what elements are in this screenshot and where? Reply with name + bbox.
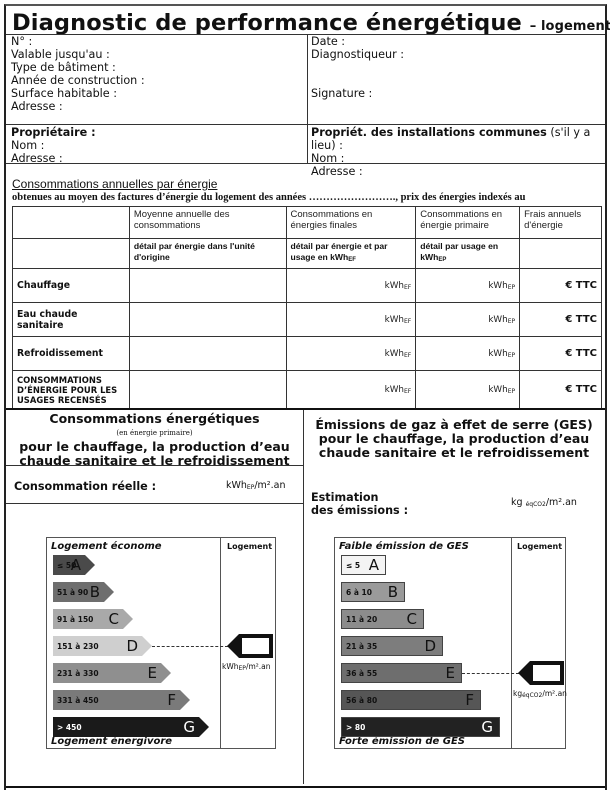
cell-ep[interactable]: kWhEP: [416, 269, 520, 303]
class-letter: D: [424, 637, 436, 655]
owner-rule: [6, 124, 605, 125]
consumption-table: Moyenne annuelle des consommations Conso…: [12, 206, 602, 409]
owner-nom[interactable]: Nom :: [11, 139, 96, 152]
energy-class-b: 51 à 90B: [53, 582, 114, 602]
ges-metric-label: Estimation des émissions :: [311, 491, 408, 517]
cell-moyenne[interactable]: [129, 337, 286, 371]
unit-ef: kWh: [385, 385, 404, 395]
row-label: CONSOMMATIONS D’ÉNERGIE POUR LES USAGES …: [13, 371, 130, 409]
ges-scale-top: Faible émission de GES: [339, 541, 469, 552]
unit-ef: kWh: [385, 281, 404, 291]
unit-ef-sub: EF: [404, 284, 411, 291]
energy-scale-col-sep: [220, 538, 221, 748]
owner-block: Propriétaire : Nom : Adresse :: [11, 126, 96, 165]
energy-label-scale: Logement économe Logement Logement énerg…: [46, 537, 276, 749]
cell-cost[interactable]: € TTC: [520, 337, 602, 371]
class-letter: A: [71, 556, 81, 574]
class-letter: E: [446, 664, 455, 682]
class-letter: F: [167, 691, 176, 709]
table-row-total: CONSOMMATIONS D’ÉNERGIE POUR LES USAGES …: [13, 371, 602, 409]
ges-metric-label-1: Estimation: [311, 491, 408, 504]
subheader-primaire: détail par usage en kWhEP: [416, 239, 520, 269]
ges-class-f: 56 à 80F: [341, 690, 481, 710]
field-surface[interactable]: Surface habitable :: [11, 87, 145, 100]
class-letter: G: [481, 718, 493, 736]
class-range: 51 à 90: [53, 588, 88, 597]
ges-class-e: 36 à 55E: [341, 663, 462, 683]
unit-ef-sub: EF: [404, 318, 411, 325]
energy-title-line2: pour le chauffage, la production d’eau c…: [6, 440, 303, 468]
table-row: Refroidissement kWhEF kWhEP € TTC: [13, 337, 602, 371]
class-letter: F: [465, 691, 474, 709]
class-letter: B: [90, 583, 100, 601]
ges-class-a: ≤ 5A: [341, 555, 386, 575]
cell-cost[interactable]: € TTC: [520, 269, 602, 303]
cell-ep[interactable]: kWhEP: [416, 337, 520, 371]
subheader-finales: détail par énergie et par usage en kWhEF: [286, 239, 416, 269]
class-letter: G: [183, 718, 195, 736]
table-row: Eau chaude sanitaire kWhEF kWhEP € TTC: [13, 303, 602, 337]
title-subtitle: – logement (6.2): [530, 19, 610, 34]
field-signature[interactable]: Signature :: [311, 87, 372, 100]
ges-class-b: 6 à 10B: [341, 582, 405, 602]
energy-panel-title: Consommations énergétiques (en énergie p…: [6, 412, 303, 468]
energy-unit-text: kWh: [226, 480, 247, 491]
info-right: Date : Diagnostiqueur :: [311, 35, 404, 61]
page-bottom-rule: [6, 786, 605, 788]
energy-title-note: (en énergie primaire): [6, 426, 303, 440]
header-finales: Consommations en énergies finales: [286, 207, 416, 239]
energy-class-a: ≤ 50A: [53, 555, 95, 575]
unit-ef: kWh: [385, 349, 404, 359]
table-row: Chauffage kWhEF kWhEP € TTC: [13, 269, 602, 303]
ges-class-c: 11 à 20C: [341, 609, 424, 629]
energy-pointer-icon: [226, 633, 274, 659]
unit-ep-sub: EP: [508, 284, 515, 291]
unit-ep-sub: EP: [508, 352, 515, 359]
ges-panel-title: Émissions de gaz à effet de serre (GES) …: [304, 418, 604, 460]
unit-ef-sub: EF: [404, 352, 411, 359]
class-range: 331 à 450: [53, 696, 99, 705]
ges-class-g: > 80G: [341, 717, 500, 737]
subheader-primaire-sub: EP: [438, 257, 446, 263]
field-adresse[interactable]: Adresse :: [11, 100, 145, 113]
header-moyenne: Moyenne annuelle des consommations: [129, 207, 286, 239]
owner-title: Propriétaire :: [11, 126, 96, 139]
ges-class-d: 21 à 35D: [341, 636, 443, 656]
cell-ef[interactable]: kWhEF: [286, 337, 416, 371]
row-label: Eau chaude sanitaire: [13, 303, 130, 337]
panels-top-rule: [6, 408, 605, 410]
unit-ef-sub: EF: [404, 388, 411, 395]
class-range: 151 à 230: [53, 642, 99, 651]
unit-ef: kWh: [385, 315, 404, 325]
field-type-batiment[interactable]: Type de bâtiment :: [11, 61, 145, 74]
ges-scale-column-label: Logement: [517, 542, 562, 551]
energy-metric-unit: kWhEP/m².an: [226, 479, 285, 494]
energy-pointer-unit: kWhEP/m².an: [222, 662, 271, 672]
ges-label-scale: Faible émission de GES Logement Forte ém…: [334, 537, 566, 749]
unit-ep-sub: EP: [508, 318, 515, 325]
header-cell-empty: [13, 207, 130, 239]
cell-moyenne[interactable]: [129, 371, 286, 409]
ges-unit-tail: /m².an: [546, 497, 577, 508]
dpe-form: Diagnostic de performance énergétique – …: [4, 4, 607, 790]
subheader-frais: [520, 239, 602, 269]
energy-scale-column-label: Logement: [227, 542, 272, 551]
class-letter: E: [148, 664, 157, 682]
class-letter: C: [407, 610, 417, 628]
energy-title-rule: [6, 465, 303, 466]
energy-class-e: 231 à 330E: [53, 663, 171, 683]
field-date[interactable]: Date :: [311, 35, 404, 48]
class-range: 36 à 55: [342, 669, 377, 678]
subheader-primaire-text: détail par usage en kWh: [420, 241, 498, 262]
energy-metric-label: Consommation réelle :: [14, 480, 156, 493]
class-range: 91 à 150: [53, 615, 93, 624]
cell-ep[interactable]: kWhEP: [416, 371, 520, 409]
header-frais: Frais annuels d'énergie: [520, 207, 602, 239]
common-owner-block: Propriét. des installations communes (s'…: [311, 126, 605, 178]
row-label: Refroidissement: [13, 337, 130, 371]
ges-scale-bottom: Forte émission de GES: [339, 736, 465, 747]
energy-class-g: > 450G: [53, 717, 209, 737]
subheader-finales-text: détail par énergie et par usage en kWh: [291, 241, 388, 262]
class-range: ≤ 5: [342, 561, 360, 570]
cell-cost[interactable]: € TTC: [520, 303, 602, 337]
cell-ep[interactable]: kWhEP: [416, 303, 520, 337]
energy-scale-top: Logement économe: [51, 541, 162, 552]
unit-ep: kWh: [488, 385, 507, 395]
ges-pointer-unit: kgéqCO2/m².an: [513, 689, 567, 699]
common-owner-adresse[interactable]: Adresse :: [311, 165, 605, 178]
table-subheader-row: détail par énergie dans l'unité d'origin…: [13, 239, 602, 269]
class-range: 21 à 35: [342, 642, 377, 651]
energy-class-f: 331 à 450F: [53, 690, 190, 710]
class-letter: B: [388, 583, 398, 601]
class-range: > 450: [53, 723, 82, 732]
cell-moyenne[interactable]: [129, 269, 286, 303]
cell-ef[interactable]: kWhEF: [286, 371, 416, 409]
unit-ep: kWh: [488, 281, 507, 291]
ges-unit-sub: éqCO2: [526, 501, 546, 508]
class-range: 6 à 10: [342, 588, 372, 597]
ges-metric-label-2: des émissions :: [311, 504, 408, 517]
field-valable[interactable]: Valable jusqu'au :: [11, 48, 145, 61]
cell-ef[interactable]: kWhEF: [286, 269, 416, 303]
info-left: N° : Valable jusqu'au : Type de bâtiment…: [11, 35, 145, 113]
class-range: 231 à 330: [53, 669, 99, 678]
unit-ep: kWh: [488, 315, 507, 325]
info-divider: [307, 34, 308, 163]
energy-pointer-leader: [152, 646, 228, 647]
field-annee-construction[interactable]: Année de construction :: [11, 74, 145, 87]
title-text: Diagnostic de performance énergétique: [12, 10, 522, 36]
table-header-row: Moyenne annuelle des consommations Conso…: [13, 207, 602, 239]
ges-pointer-leader: [462, 673, 519, 674]
ges-scale-col-sep: [511, 538, 512, 748]
page-title: Diagnostic de performance énergétique – …: [12, 10, 610, 36]
ges-unit-text: kg: [511, 497, 523, 508]
class-letter: A: [369, 556, 379, 574]
field-diagnostiqueur[interactable]: Diagnostiqueur :: [311, 48, 404, 61]
cell-moyenne[interactable]: [129, 303, 286, 337]
unit-ep-sub: EP: [508, 388, 515, 395]
unit-ep: kWh: [488, 349, 507, 359]
cell-cost[interactable]: € TTC: [520, 371, 602, 409]
energy-class-c: 91 à 150C: [53, 609, 133, 629]
subheader-cell-empty: [13, 239, 130, 269]
consumption-title: Consommations annuelles par énergie: [12, 177, 217, 191]
energy-unit-tail: /m².an: [254, 480, 285, 491]
class-range: 56 à 80: [342, 696, 377, 705]
class-letter: D: [126, 637, 138, 655]
owner-bottom-rule: [6, 163, 605, 164]
energy-class-d: 151 à 230D: [53, 636, 152, 656]
ges-metric-unit: kg éqCO2/m².an: [511, 496, 577, 511]
subheader-finales-sub: EF: [348, 257, 356, 263]
consumption-subtitle: obtenues au moyen des factures d’énergie…: [12, 192, 525, 203]
class-range: 11 à 20: [342, 615, 377, 624]
field-numero[interactable]: N° :: [11, 35, 145, 48]
subheader-moyenne: détail par énergie dans l'unité d'origin…: [129, 239, 286, 269]
energy-metric-rule: [6, 503, 303, 504]
panels-divider: [303, 410, 304, 784]
ges-pointer-icon: [517, 660, 565, 686]
class-letter: C: [109, 610, 119, 628]
energy-scale-bottom: Logement énergivore: [51, 736, 172, 747]
header-primaire: Consommations en énergie primaire: [416, 207, 520, 239]
common-owner-title: Propriét. des installations communes: [311, 126, 547, 139]
energy-title-line1: Consommations énergétiques: [6, 412, 303, 426]
row-label: Chauffage: [13, 269, 130, 303]
class-range: > 80: [342, 723, 365, 732]
cell-ef[interactable]: kWhEF: [286, 303, 416, 337]
